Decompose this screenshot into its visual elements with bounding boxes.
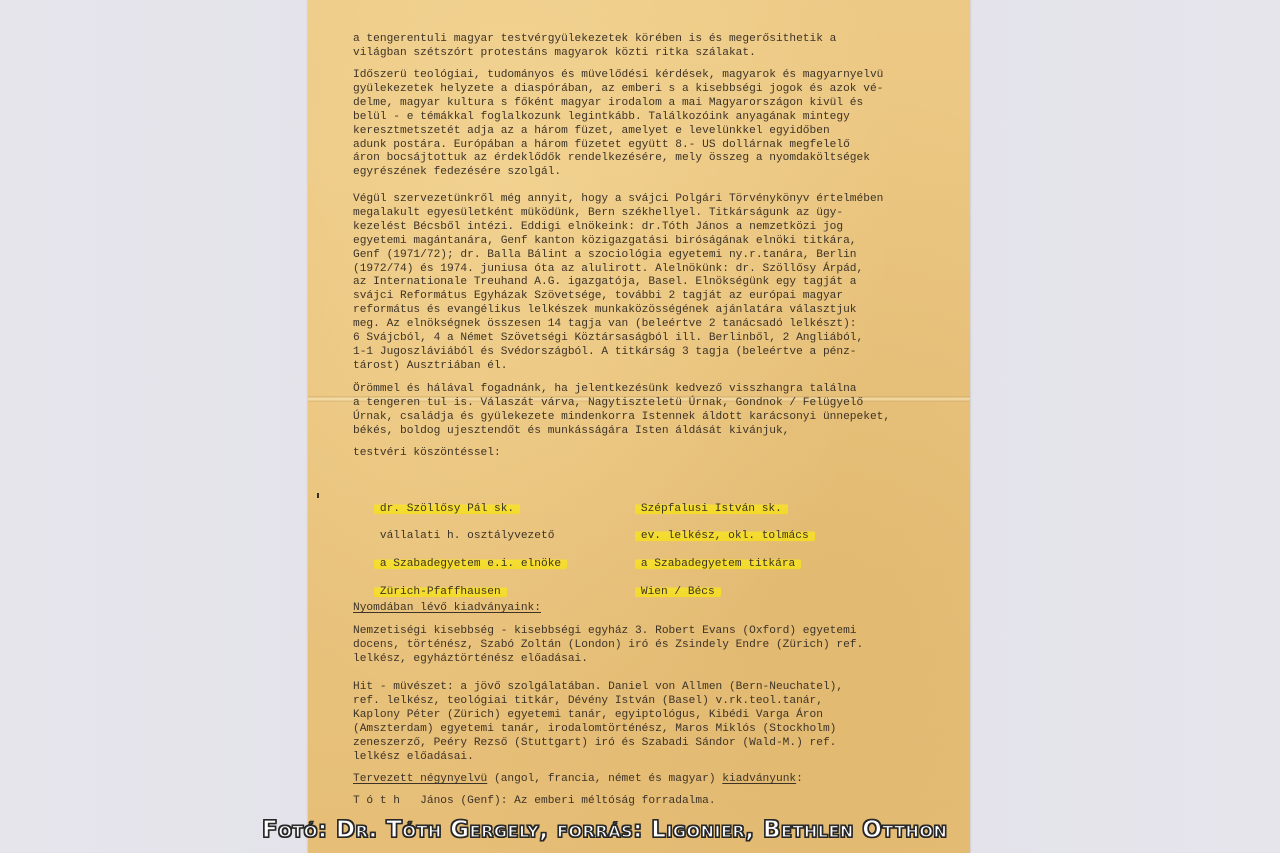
signatory-name: dr. Szöllősy Pál sk. (374, 503, 520, 515)
text-line: lelkész előadásai. (353, 751, 953, 765)
photo-credit-caption: Fotó: Dr. Tóth Gergely, forrás: Ligonier… (262, 817, 1252, 843)
text-line: svájci Református Egyházak Szövetsége, t… (353, 290, 953, 304)
ink-mark (317, 493, 319, 498)
closing-paragraph: Örömmel és hálával fogadnánk, ha jelentk… (353, 383, 953, 439)
planned-heading: Tervezett négynyelvü (angol, francia, né… (353, 773, 953, 787)
text-line: áron bocsájtottuk az érdeklődők rendelke… (353, 152, 953, 166)
text-line: zeneszerző, Peéry Rezső (Stuttgart) iró … (353, 737, 953, 751)
text-line: lelkész, egyháztörténész előadásai. (353, 653, 953, 667)
greeting-text: testvéri köszöntéssel: (353, 447, 953, 461)
signatory-title: a Szabadegyetem titkára (635, 558, 801, 570)
text-line: 6 Svájcból, 4 a Német Szövetségi Köztárs… (353, 332, 953, 346)
signatory-role: ev. lelkész, okl. tolmács (635, 530, 815, 542)
planned-underlined-1: Tervezett négynyelvü (353, 773, 487, 785)
text-line: Hit - müvészet: a jövő szolgálatában. Da… (353, 681, 953, 695)
text-line: Kaplony Péter (Zürich) egyetemi tanár, e… (353, 709, 953, 723)
text-line: kezelést Bécsből intézi. Eddigi elnökein… (353, 221, 953, 235)
text-line: (Amszterdam) egyetemi tanár, irodalomtör… (353, 723, 953, 737)
planned-line: Tervezett négynyelvü (angol, francia, né… (353, 773, 953, 787)
text-line: Úrnak, családja és gyülekezete mindenkor… (353, 411, 953, 425)
text-line: meg. Az elnökségnek összesen 14 tagja va… (353, 318, 953, 332)
topics-paragraph: Időszerü teológiai, tudományos és müvelő… (353, 69, 953, 180)
text-line: egyetemi magántanára, Genf kanton köziga… (353, 235, 953, 249)
planned-item: T ó t h János (Genf): Az emberi méltóság… (353, 795, 953, 809)
publication-1: Nemzetiségi kisebbség - kisebbségi egyhá… (353, 625, 953, 667)
planned-colon: : (796, 773, 803, 785)
text-line: keresztmetszetét adja az a három füzet, … (353, 125, 953, 139)
text-line: docens, történész, Szabó Zoltán (London)… (353, 639, 953, 653)
signatory-left: dr. Szöllősy Pál sk. vállalati h. osztál… (353, 489, 567, 613)
publications-heading: Nyomdában lévő kiadványaink: (353, 602, 953, 616)
publication-2: Hit - müvészet: a jövő szolgálatában. Da… (353, 681, 953, 764)
text-line: egyrészének fedezésére szolgál. (353, 166, 953, 180)
text-line: a tengerentuli magyar testvérgyülekezete… (353, 33, 953, 47)
organization-paragraph: Végül szervezetünkről még annyit, hogy a… (353, 193, 953, 374)
text-line: tárost) Ausztriában él. (353, 360, 953, 374)
text-line: a tengeren tul is. Válaszát várva, Nagyt… (353, 397, 953, 411)
text-line: Genf (1971/72); dr. Balla Bálint a szoci… (353, 249, 953, 263)
greeting: testvéri köszöntéssel: (353, 447, 953, 461)
text-line: adunk postára. Európában a három füzetet… (353, 139, 953, 153)
text-line: az Internationale Treuhand A.G. igazgató… (353, 276, 953, 290)
text-line: (1972/74) és 1974. juniusa óta az alulir… (353, 263, 953, 277)
signatory-place: Zürich-Pfaffhausen (374, 586, 507, 598)
text-line: Nemzetiségi kisebbség - kisebbségi egyhá… (353, 625, 953, 639)
signatory-right: Szépfalusi István sk. ev. lelkész, okl. … (614, 489, 815, 613)
signatory-role: vállalati h. osztályvezető (380, 530, 555, 542)
text-line: gyülekezetek helyzete a diaspórában, az … (353, 83, 953, 97)
text-line: delme, magyar kultura s főként magyar ir… (353, 97, 953, 111)
heading-text: Nyomdában lévő kiadványaink: (353, 602, 953, 616)
intro-paragraph: a tengerentuli magyar testvérgyülekezete… (353, 33, 953, 61)
signatory-title: a Szabadegyetem e.i. elnöke (374, 558, 567, 570)
text-line: világban szétszórt protestáns magyarok k… (353, 47, 953, 61)
text-line: ref. lelkész, teológiai titkár, Dévény I… (353, 695, 953, 709)
planned-middle: (angol, francia, német és magyar) (487, 773, 722, 785)
text-line: békés, boldog ujesztendőt és munkásságár… (353, 425, 953, 439)
signatory-place: Wien / Bécs (635, 586, 721, 598)
signatory-name: Szépfalusi István sk. (635, 503, 788, 515)
planned-underlined-2: kiadványunk (722, 773, 796, 785)
text-line: 1-1 Jugoszláviából és Svédországból. A t… (353, 346, 953, 360)
text-line: T ó t h János (Genf): Az emberi méltóság… (353, 795, 953, 809)
text-line: Időszerü teológiai, tudományos és müvelő… (353, 69, 953, 83)
text-line: református és evangélikus lelkészek munk… (353, 304, 953, 318)
text-line: megalakult egyesületként müködünk, Bern … (353, 207, 953, 221)
text-line: Örömmel és hálával fogadnánk, ha jelentk… (353, 383, 953, 397)
document-page: a tengerentuli magyar testvérgyülekezete… (308, 0, 970, 853)
text-line: belül - e témákkal foglalkozunk legintká… (353, 111, 953, 125)
text-line: Végül szervezetünkről még annyit, hogy a… (353, 193, 953, 207)
